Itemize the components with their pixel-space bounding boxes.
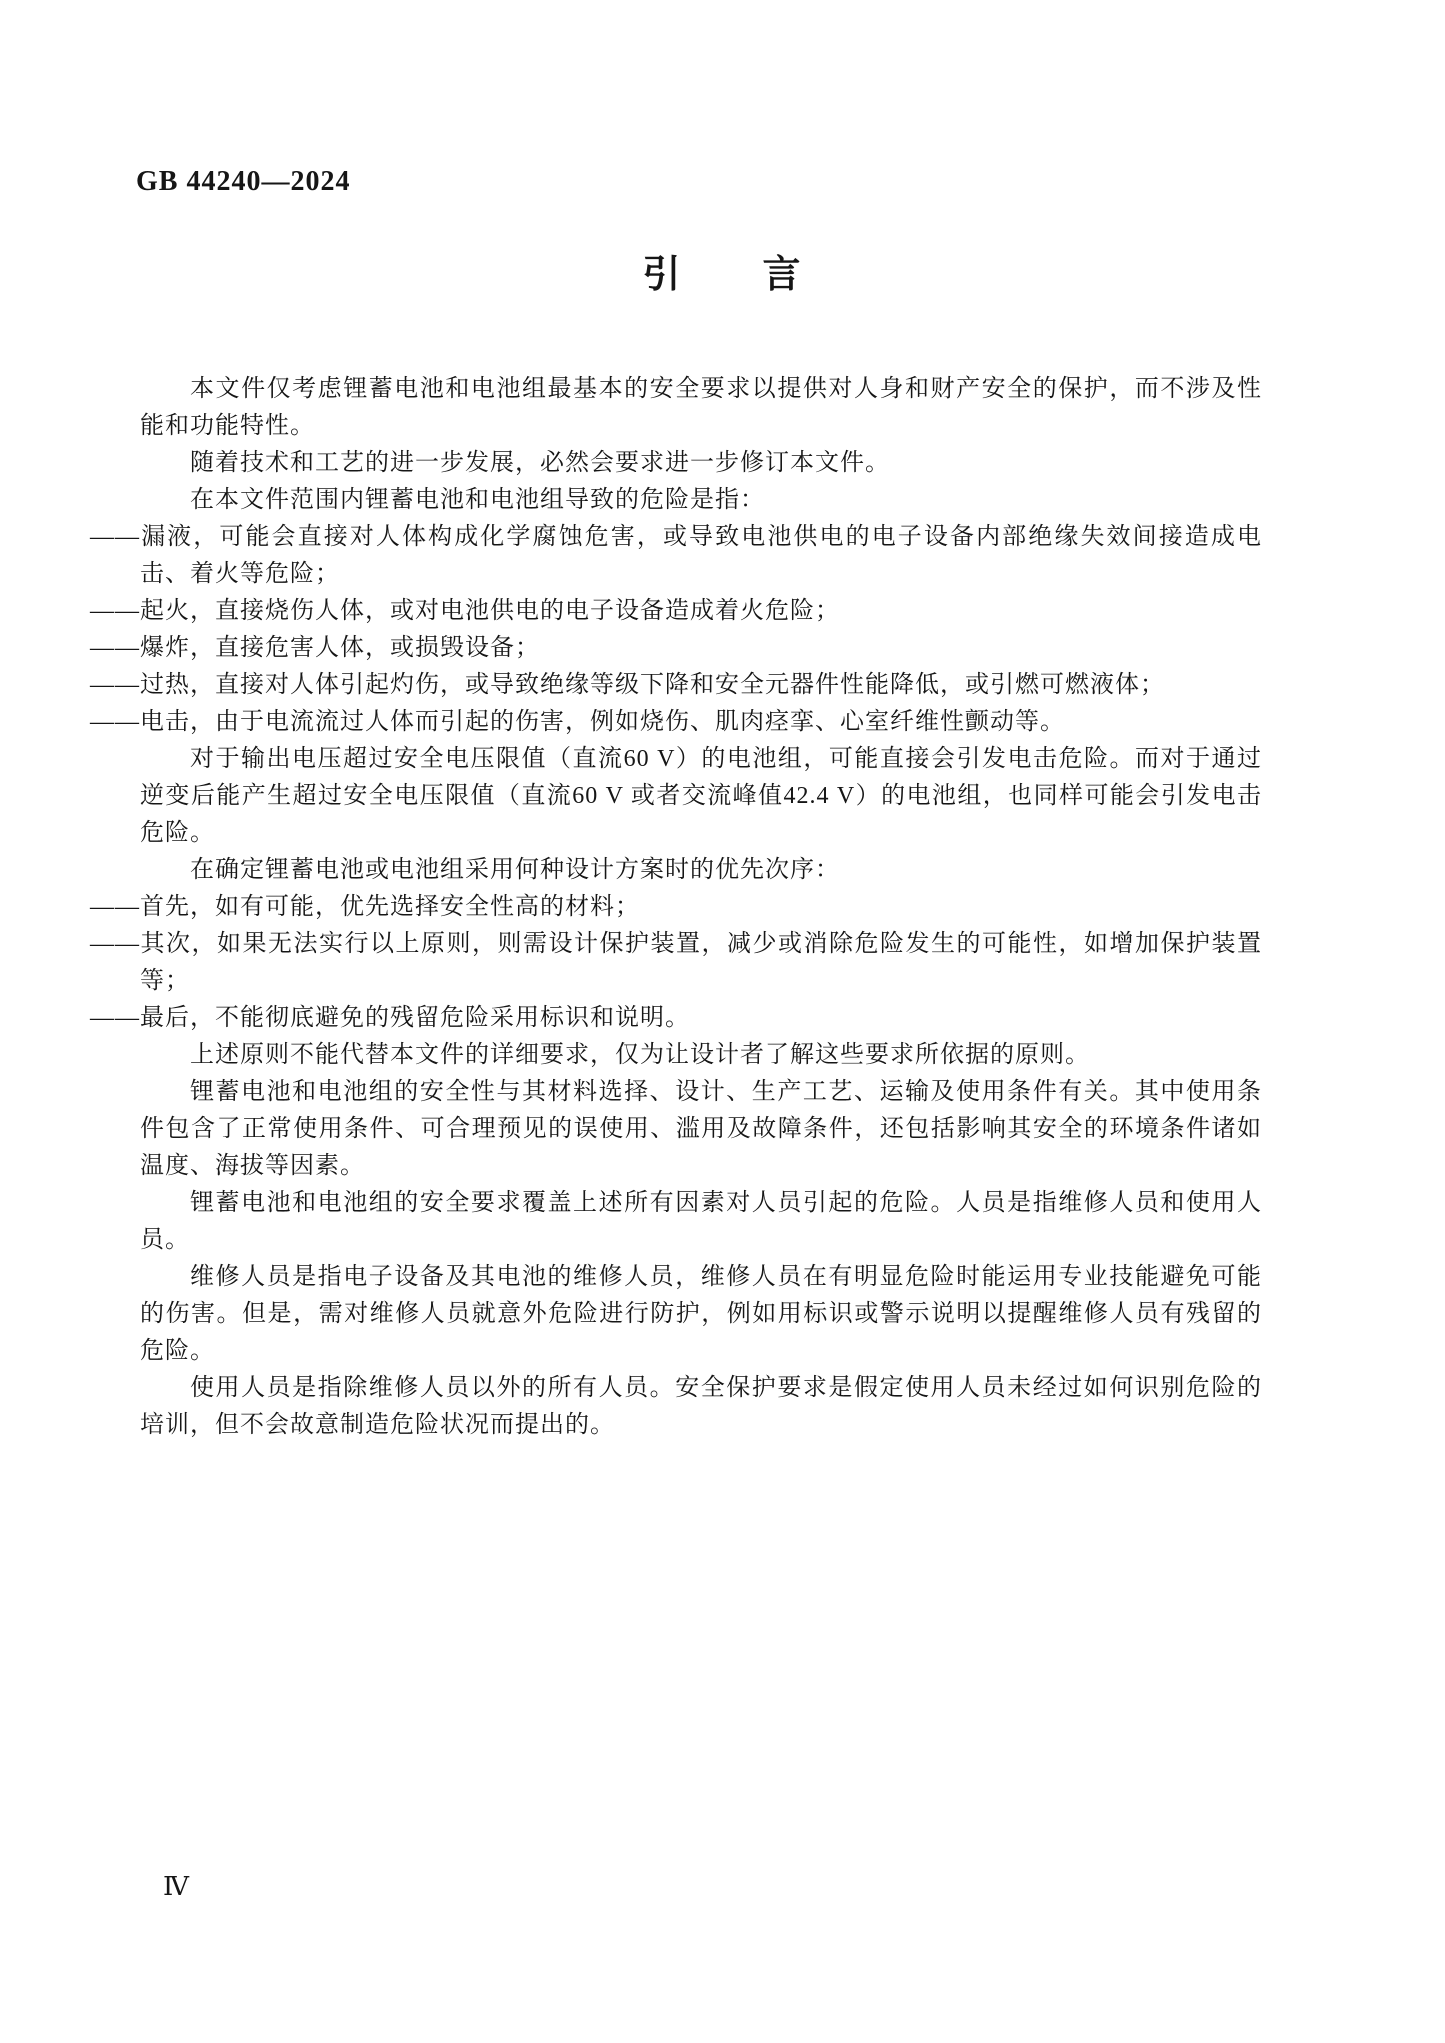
dash-list-item: ——爆炸，直接危害人体，或损毁设备；	[140, 630, 1262, 667]
page-number: Ⅳ	[163, 1872, 190, 1902]
paragraph: 维修人员是指电子设备及其电池的维修人员，维修人员在有明显危险时能运用专业技能避免…	[140, 1259, 1262, 1370]
paragraph: 上述原则不能代替本文件的详细要求，仅为让设计者了解这些要求所依据的原则。	[140, 1037, 1262, 1074]
standard-number: GB 44240—2024	[136, 166, 350, 198]
paragraph: 锂蓄电池和电池组的安全要求覆盖上述所有因素对人员引起的危险。人员是指维修人员和使…	[140, 1185, 1262, 1259]
introduction-body: 本文件仅考虑锂蓄电池和电池组最基本的安全要求以提供对人身和财产安全的保护，而不涉…	[140, 371, 1262, 1444]
document-page: GB 44240—2024 引 言 本文件仅考虑锂蓄电池和电池组最基本的安全要求…	[0, 0, 1445, 2043]
page-title: 引 言	[0, 243, 1445, 298]
paragraph: 对于输出电压超过安全电压限值（直流60 V）的电池组，可能直接会引发电击危险。而…	[140, 741, 1262, 852]
dash-list-item: ——起火，直接烧伤人体，或对电池供电的电子设备造成着火危险；	[140, 593, 1262, 630]
dash-list-item: ——首先，如有可能，优先选择安全性高的材料；	[140, 889, 1262, 926]
paragraph: 随着技术和工艺的进一步发展，必然会要求进一步修订本文件。	[140, 445, 1262, 482]
paragraph: 在确定锂蓄电池或电池组采用何种设计方案时的优先次序：	[140, 852, 1262, 889]
dash-list-item: ——最后，不能彻底避免的残留危险采用标识和说明。	[140, 1000, 1262, 1037]
dash-list-item: ——过热，直接对人体引起灼伤，或导致绝缘等级下降和安全元器件性能降低，或引燃可燃…	[140, 667, 1262, 704]
paragraph: 使用人员是指除维修人员以外的所有人员。安全保护要求是假定使用人员未经过如何识别危…	[140, 1370, 1262, 1444]
dash-list-item: ——电击，由于电流流过人体而引起的伤害，例如烧伤、肌肉痉挛、心室纤维性颤动等。	[140, 704, 1262, 741]
paragraph: 在本文件范围内锂蓄电池和电池组导致的危险是指：	[140, 482, 1262, 519]
dash-list-item: ——漏液，可能会直接对人体构成化学腐蚀危害，或导致电池供电的电子设备内部绝缘失效…	[140, 519, 1262, 593]
paragraph: 锂蓄电池和电池组的安全性与其材料选择、设计、生产工艺、运输及使用条件有关。其中使…	[140, 1074, 1262, 1185]
dash-list-item: ——其次，如果无法实行以上原则，则需设计保护装置，减少或消除危险发生的可能性，如…	[140, 926, 1262, 1000]
paragraph: 本文件仅考虑锂蓄电池和电池组最基本的安全要求以提供对人身和财产安全的保护，而不涉…	[140, 371, 1262, 445]
